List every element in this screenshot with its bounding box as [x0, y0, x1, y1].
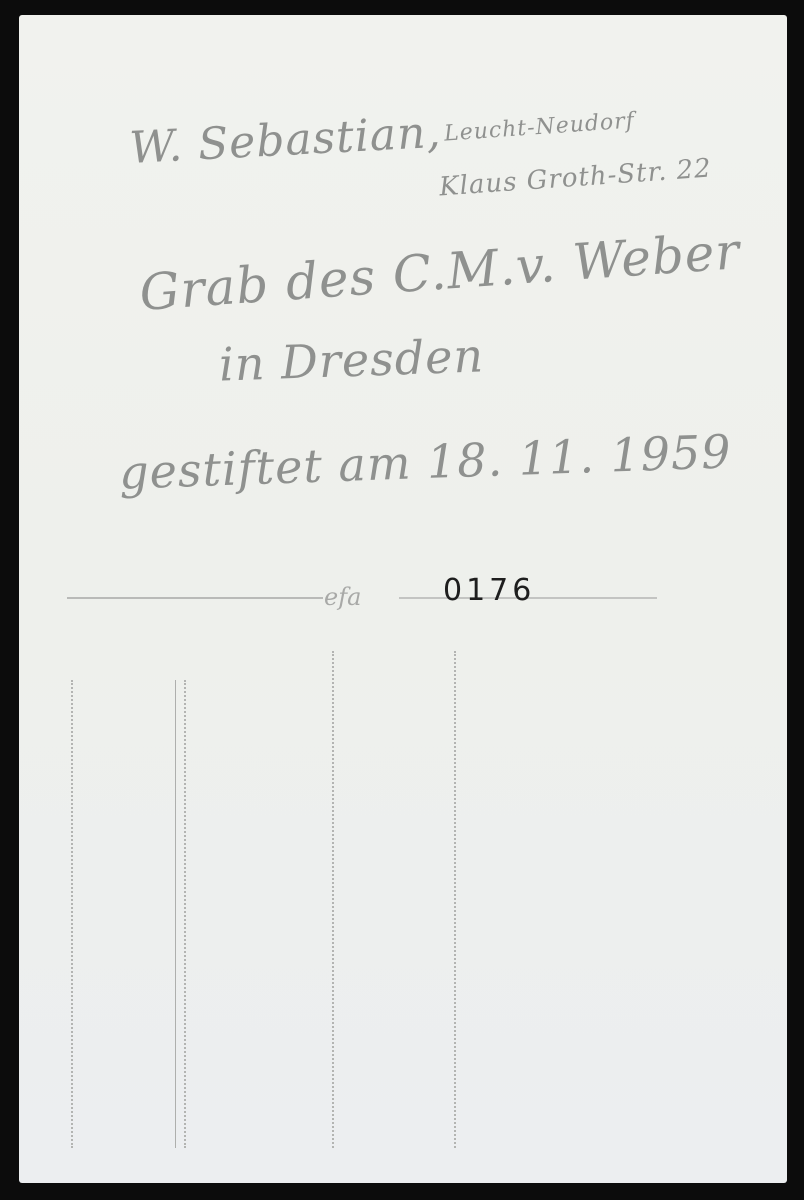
handwritten-note-line3: gestiftet am 18. 11. 1959: [118, 424, 732, 499]
stamp-number: 0176: [443, 573, 535, 608]
publisher-logo-icon: efa: [324, 583, 361, 611]
divider-line-left: [67, 597, 323, 599]
handwritten-note-line1: Grab des C.M.v. Weber: [138, 222, 742, 322]
handwritten-address-line1: Leucht-Neudorf: [443, 108, 635, 146]
postcard-back: W. Sebastian, Leucht-Neudorf Klaus Groth…: [19, 15, 787, 1183]
address-line-3: [332, 651, 334, 1148]
address-line-1: [71, 680, 73, 1148]
address-line-2-dotted: [184, 680, 186, 1148]
address-line-2-solid: [175, 680, 176, 1148]
handwritten-address-line2: Klaus Groth-Str. 22: [438, 154, 712, 203]
handwritten-note-line2: in Dresden: [218, 328, 485, 391]
handwritten-sender-name: W. Sebastian,: [128, 107, 442, 174]
address-line-4: [454, 651, 456, 1148]
